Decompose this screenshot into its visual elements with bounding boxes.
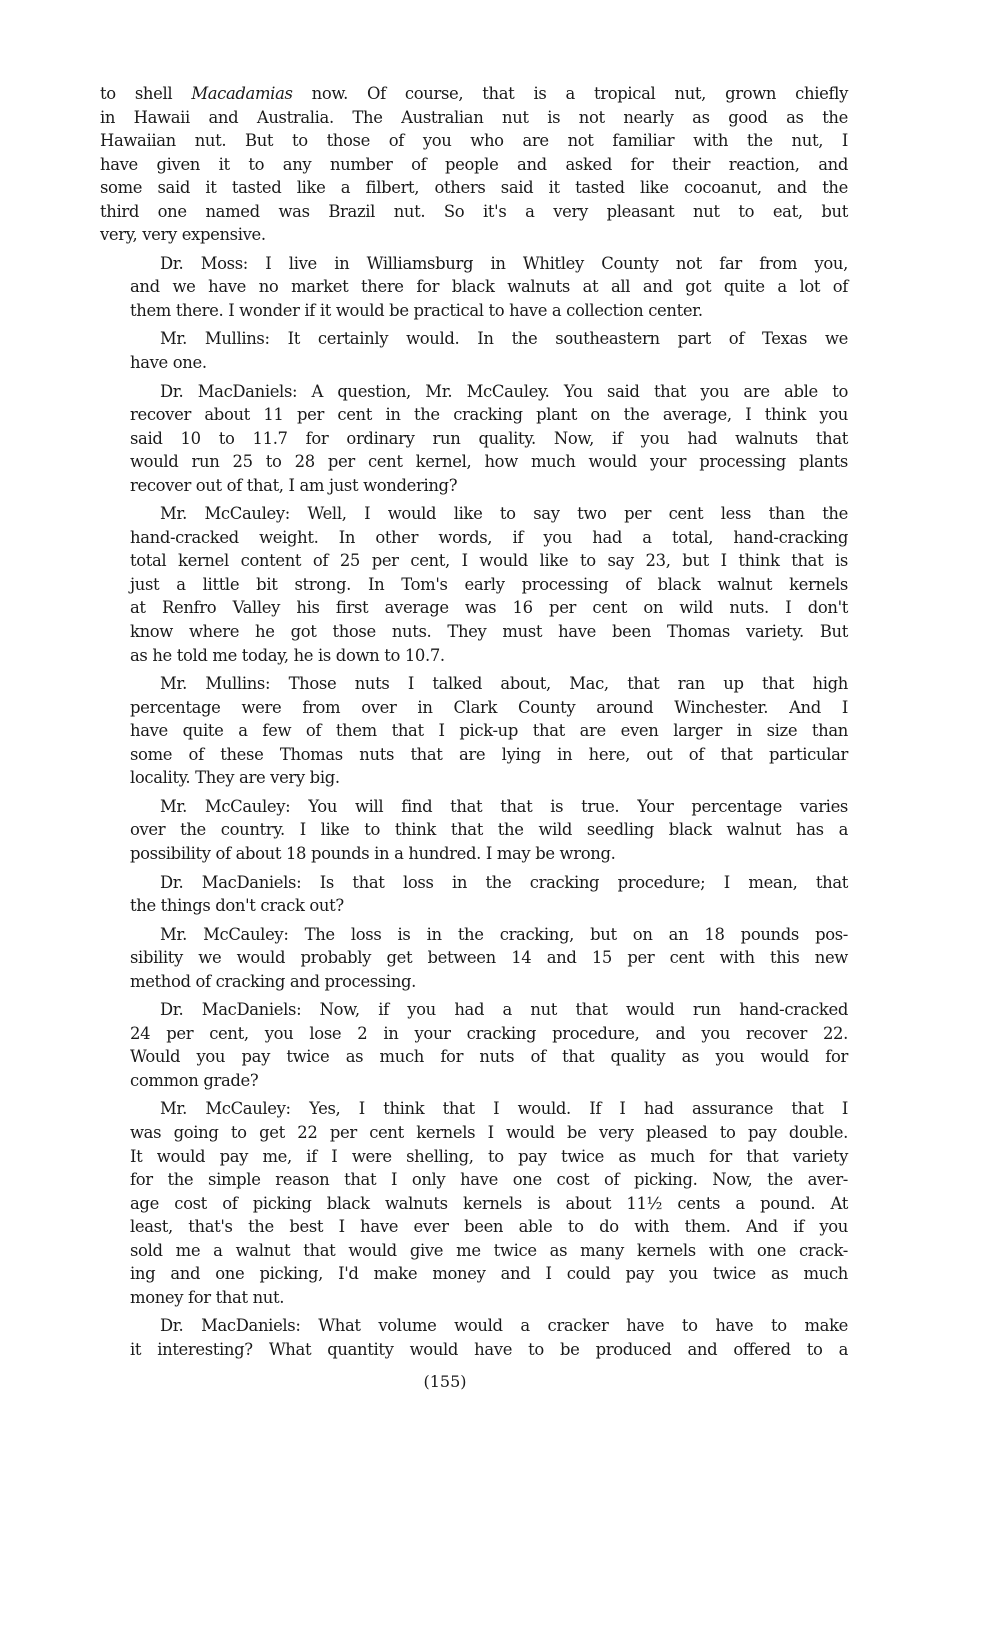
text-line: recover about 11 per cent in the crackin…: [100, 403, 848, 427]
text-line: third one named was Brazil nut. So it's …: [100, 200, 848, 224]
speaker-paragraph: Mr. McCauley: You will find that that is…: [100, 795, 848, 866]
text-line: Mr. Mullins: Those nuts I talked about, …: [100, 672, 848, 696]
text-line: common grade?: [100, 1069, 848, 1093]
text-line: Dr. MacDaniels: What volume would a crac…: [100, 1314, 848, 1338]
speaker-paragraph: Dr. MacDaniels: Now, if you had a nut th…: [100, 998, 848, 1092]
text-line: very, very expensive.: [100, 223, 848, 247]
text-line: as he told me today, he is down to 10.7.: [100, 644, 848, 668]
text-line: ing and one picking, I'd make money and …: [100, 1262, 848, 1286]
text-line: have one.: [100, 351, 848, 375]
text-line: have given it to any number of people an…: [100, 153, 848, 177]
text-line: Hawaiian nut. But to those of you who ar…: [100, 129, 848, 153]
text-line: just a little bit strong. In Tom's early…: [100, 573, 848, 597]
text-line: money for that nut.: [100, 1286, 848, 1310]
text-line: was going to get 22 per cent kernels I w…: [100, 1121, 848, 1145]
text-line: have quite a few of them that I pick-up …: [100, 719, 848, 743]
text-line: possibility of about 18 pounds in a hund…: [100, 842, 848, 866]
text-line: to shell Macadamias now. Of course, that…: [100, 82, 848, 106]
text-line: method of cracking and processing.: [100, 970, 848, 994]
text-line: Dr. MacDaniels: Now, if you had a nut th…: [100, 998, 848, 1022]
text-line: Mr. McCauley: You will find that that is…: [100, 795, 848, 819]
text-line: Would you pay twice as much for nuts of …: [100, 1045, 848, 1069]
text-line: total kernel content of 25 per cent, I w…: [100, 549, 848, 573]
text-line: Mr. McCauley: Well, I would like to say …: [100, 502, 848, 526]
speaker-paragraph: Dr. MacDaniels: What volume would a crac…: [100, 1314, 848, 1361]
document-body: to shell Macadamias now. Of course, that…: [100, 82, 848, 1361]
text-line: Dr. MacDaniels: Is that loss in the crac…: [100, 871, 848, 895]
text-line: It would pay me, if I were shelling, to …: [100, 1145, 848, 1169]
text-line: some of these Thomas nuts that are lying…: [100, 743, 848, 767]
text-line: percentage were from over in Clark Count…: [100, 696, 848, 720]
text-line: and we have no market there for black wa…: [100, 275, 848, 299]
text-line: said 10 to 11.7 for ordinary run quality…: [100, 427, 848, 451]
text-line: Mr. Mullins: It certainly would. In the …: [100, 327, 848, 351]
speaker-paragraph: Mr. Mullins: Those nuts I talked about, …: [100, 672, 848, 790]
text-line: over the country. I like to think that t…: [100, 818, 848, 842]
text-line: recover out of that, I am just wondering…: [100, 474, 848, 498]
text-line: sibility we would probably get between 1…: [100, 946, 848, 970]
text-line: would run 25 to 28 per cent kernel, how …: [100, 450, 848, 474]
text-line: at Renfro Valley his first average was 1…: [100, 596, 848, 620]
text-line: it interesting? What quantity would have…: [100, 1338, 848, 1362]
speaker-paragraph: Mr. McCauley: Well, I would like to say …: [100, 502, 848, 667]
speaker-paragraph: Mr. Mullins: It certainly would. In the …: [100, 327, 848, 374]
text-line: know where he got those nuts. They must …: [100, 620, 848, 644]
text-line: in Hawaii and Australia. The Australian …: [100, 106, 848, 130]
speaker-paragraph: Mr. McCauley: The loss is in the crackin…: [100, 923, 848, 994]
speaker-paragraph: Dr. Moss: I live in Williamsburg in Whit…: [100, 252, 848, 323]
text-line: Mr. McCauley: The loss is in the crackin…: [100, 923, 848, 947]
speaker-paragraph: Dr. MacDaniels: Is that loss in the crac…: [100, 871, 848, 918]
text-line: some said it tasted like a filbert, othe…: [100, 176, 848, 200]
text-line: Mr. McCauley: Yes, I think that I would.…: [100, 1097, 848, 1121]
text-line: sold me a walnut that would give me twic…: [100, 1239, 848, 1263]
text-line: hand-cracked weight. In other words, if …: [100, 526, 848, 550]
text-line: least, that's the best I have ever been …: [100, 1215, 848, 1239]
paragraph: to shell Macadamias now. Of course, that…: [100, 82, 848, 247]
page-number: (155): [0, 1372, 945, 1391]
text-line: 24 per cent, you lose 2 in your cracking…: [100, 1022, 848, 1046]
text-line: age cost of picking black walnuts kernel…: [100, 1192, 848, 1216]
text-line: them there. I wonder if it would be prac…: [100, 299, 848, 323]
speaker-paragraph: Mr. McCauley: Yes, I think that I would.…: [100, 1097, 848, 1309]
speaker-paragraph: Dr. MacDaniels: A question, Mr. McCauley…: [100, 380, 848, 498]
text-line: Dr. MacDaniels: A question, Mr. McCauley…: [100, 380, 848, 404]
text-line: Dr. Moss: I live in Williamsburg in Whit…: [100, 252, 848, 276]
text-line: for the simple reason that I only have o…: [100, 1168, 848, 1192]
text-line: the things don't crack out?: [100, 894, 848, 918]
text-line: locality. They are very big.: [100, 766, 848, 790]
